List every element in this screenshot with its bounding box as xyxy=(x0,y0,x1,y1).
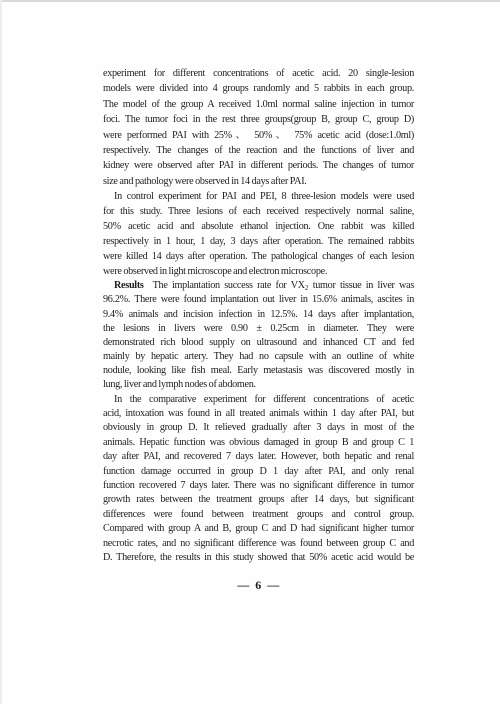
text-line: for this study. Three lesions of each re… xyxy=(103,204,414,219)
scan-edge-top xyxy=(0,0,500,2)
scan-edge-left xyxy=(0,0,2,704)
text-line: 50% acetic acid and absolute ethanol inj… xyxy=(103,219,414,234)
text-line: respectively. The changes of the reactio… xyxy=(103,143,414,158)
text-line: respectively in 1 hour, 1 day, 3 days af… xyxy=(103,234,414,249)
text-line: foci. The tumor foci in the rest three g… xyxy=(103,112,414,127)
text-run: were killed 14 days after operation. The… xyxy=(103,251,414,262)
text-run: kidney were observed after PAI in differ… xyxy=(103,160,414,171)
text-line: 96.2%. There were found implantation out… xyxy=(103,293,414,307)
text-run: function recovered 7 days later. There w… xyxy=(103,480,414,491)
text-run: differences were found between treatment… xyxy=(103,509,414,520)
scanned-page: experiment for different concentrations … xyxy=(0,0,500,704)
text-run: experiment for different concentrations … xyxy=(103,68,414,79)
text-run: nodule, looking like fish meal. Early me… xyxy=(103,365,414,376)
text-run: were performed PAI with 25%、 50%、 75% ac… xyxy=(103,130,414,141)
text-run: acid, intoxation was found in all treate… xyxy=(103,408,414,419)
text-line: nodule, looking like fish meal. Early me… xyxy=(103,364,414,378)
text-line: the lesions in livers were 0.90 ± 0.25cm… xyxy=(103,322,414,336)
text-run: models were divided into 4 groups random… xyxy=(103,83,414,94)
text-run: demonstrated rich blood supply on ultras… xyxy=(103,337,414,348)
paragraph: In the comparative experiment for differ… xyxy=(103,393,414,566)
text-run: 9.4% animals and incision infection in 1… xyxy=(103,309,414,320)
text-run: for this study. Three lesions of each re… xyxy=(103,206,414,217)
text-line: growth rates between the treatment group… xyxy=(103,493,414,507)
text-line: In the comparative experiment for differ… xyxy=(103,393,414,407)
text-run: In the comparative experiment for differ… xyxy=(114,394,414,405)
text-run: Compared with group A and B, group C and… xyxy=(103,523,414,534)
text-line: differences were found between treatment… xyxy=(103,508,414,522)
text-run: mainly by hepatic artery. They had no ca… xyxy=(103,351,414,362)
text-run: In control experiment for PAI and PEI, 8… xyxy=(114,191,414,202)
text-line: D. Therefore, the results in this study … xyxy=(103,551,414,565)
text-line: models were divided into 4 groups random… xyxy=(103,81,414,96)
text-run: The model of the group A received 1.0ml … xyxy=(103,99,414,110)
text-run: 96.2%. There were found implantation out… xyxy=(103,294,414,305)
paragraph: ResultsThe implantation success rate for… xyxy=(103,279,414,393)
text-run: respectively in 1 hour, 1 day, 3 days af… xyxy=(103,236,414,247)
text-run: tumor tissue in liver was xyxy=(308,280,414,291)
text-run: foci. The tumor foci in the rest three g… xyxy=(103,114,414,125)
text-line: mainly by hepatic artery. They had no ca… xyxy=(103,350,414,364)
text-run: were observed in light microscope and el… xyxy=(103,266,327,277)
paragraph: experiment for different concentrations … xyxy=(103,66,414,189)
text-run: function damage occurred in group D 1 da… xyxy=(103,466,414,477)
text-line: kidney were observed after PAI in differ… xyxy=(103,158,414,173)
results-bold-label: Results xyxy=(114,280,144,291)
text-run: necrotic rates, and no significant diffe… xyxy=(103,538,414,549)
text-line: lung, liver and lymph nodes of abdomen. xyxy=(103,378,414,392)
text-line: experiment for different concentrations … xyxy=(103,66,414,81)
text-line: day after PAI, and recovered 7 days late… xyxy=(103,450,414,464)
text-line: The model of the group A received 1.0ml … xyxy=(103,97,414,112)
text-run: size and pathology were observed in 14 d… xyxy=(103,176,307,187)
text-run: 50% acetic acid and absolute ethanol inj… xyxy=(103,221,414,232)
text-line: ResultsThe implantation success rate for… xyxy=(103,279,414,293)
text-line: obviously in group D. It relieved gradua… xyxy=(103,421,414,435)
text-line: necrotic rates, and no significant diffe… xyxy=(103,537,414,551)
text-run: growth rates between the treatment group… xyxy=(103,494,414,505)
text-run: lung, liver and lymph nodes of abdomen. xyxy=(103,379,256,390)
text-line: animals. Hepatic function was obvious da… xyxy=(103,436,414,450)
text-block: experiment for different concentrations … xyxy=(103,66,414,565)
text-line: 9.4% animals and incision infection in 1… xyxy=(103,308,414,322)
text-run: animals. Hepatic function was obvious da… xyxy=(103,437,414,448)
text-run: day after PAI, and recovered 7 days late… xyxy=(103,451,414,462)
text-run: obviously in group D. It relieved gradua… xyxy=(103,422,414,433)
text-line: were observed in light microscope and el… xyxy=(103,264,414,279)
text-line: function damage occurred in group D 1 da… xyxy=(103,465,414,479)
text-line: demonstrated rich blood supply on ultras… xyxy=(103,336,414,350)
text-line: Compared with group A and B, group C and… xyxy=(103,522,414,536)
text-run: D. Therefore, the results in this study … xyxy=(103,552,414,563)
text-line: In control experiment for PAI and PEI, 8… xyxy=(103,189,414,204)
text-line: acid, intoxation was found in all treate… xyxy=(103,407,414,421)
text-line: were killed 14 days after operation. The… xyxy=(103,249,414,264)
paragraph: In control experiment for PAI and PEI, 8… xyxy=(103,189,414,279)
text-run: the lesions in livers were 0.90 ± 0.25cm… xyxy=(103,323,414,334)
text-line: function recovered 7 days later. There w… xyxy=(103,479,414,493)
text-run: The implantation success rate for VX xyxy=(153,280,305,291)
page-number: — 6 — xyxy=(103,578,414,593)
text-line: were performed PAI with 25%、 50%、 75% ac… xyxy=(103,128,414,143)
text-run: respectively. The changes of the reactio… xyxy=(103,145,414,156)
text-line: size and pathology were observed in 14 d… xyxy=(103,174,414,189)
